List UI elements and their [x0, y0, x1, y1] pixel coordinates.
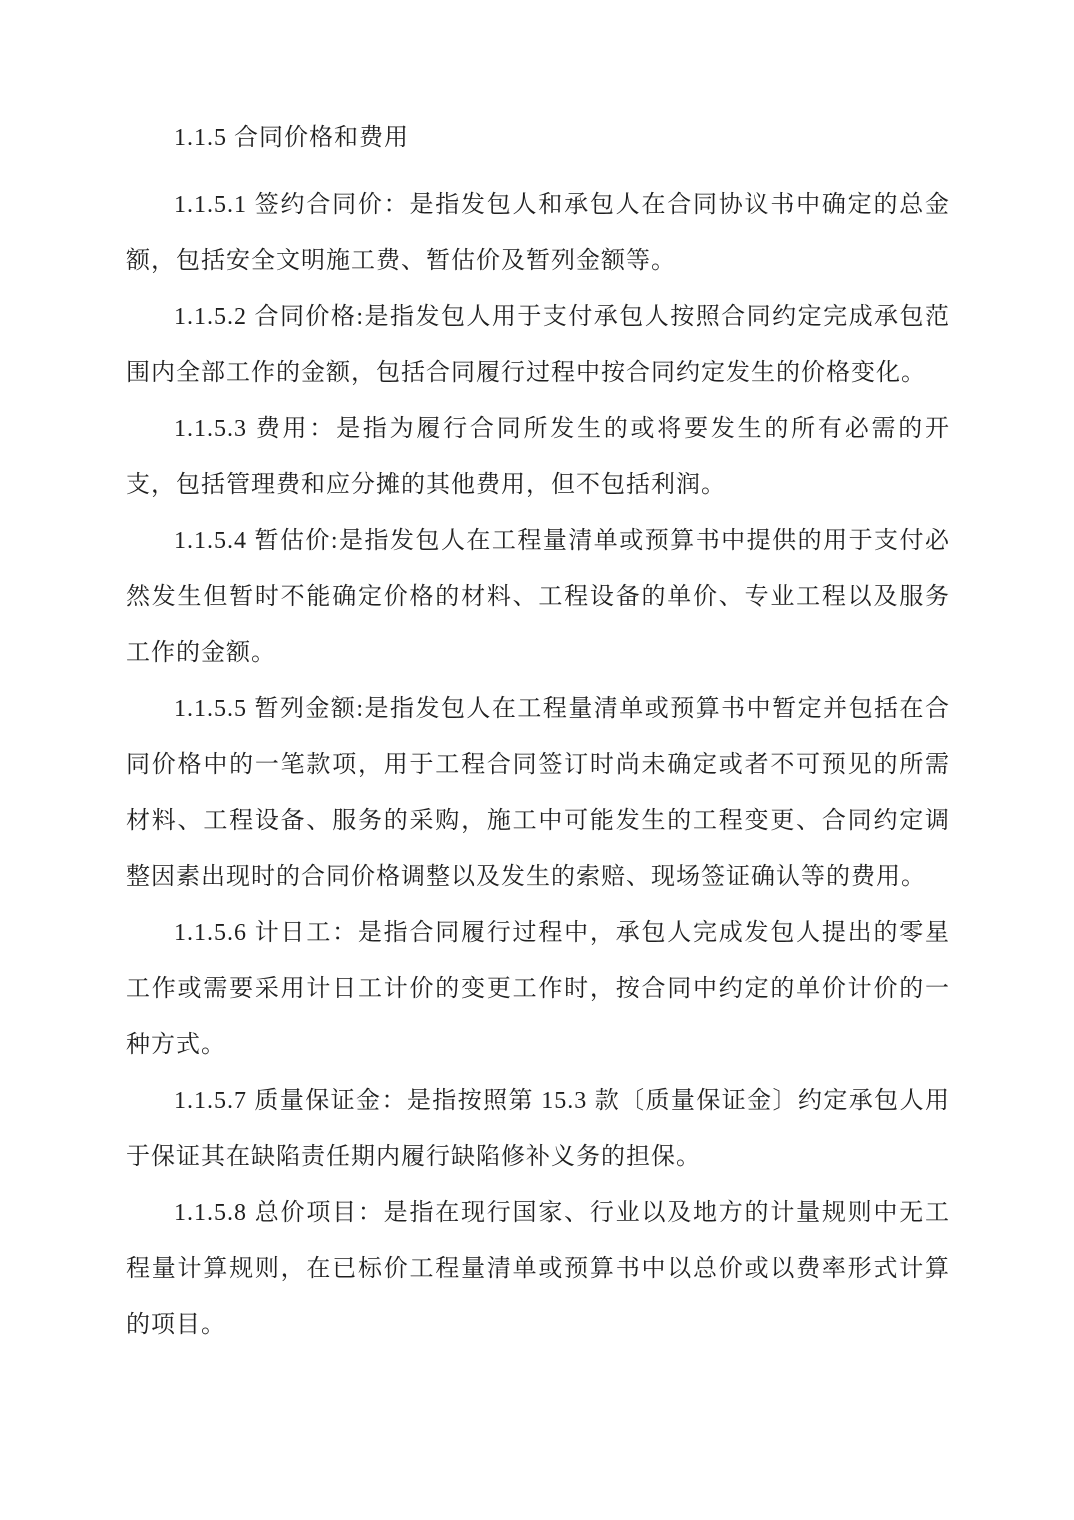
clause-1-1-5-3: 1.1.5.3 费用：是指为履行合同所发生的或将要发生的所有必需的开支，包括管理…: [126, 401, 950, 513]
clause-1-1-5-7: 1.1.5.7 质量保证金：是指按照第 15.3 款〔质量保证金〕约定承包人用于…: [126, 1073, 950, 1185]
document-page: 1.1.5 合同价格和费用 1.1.5.1 签约合同价：是指发包人和承包人在合同…: [0, 0, 1074, 1520]
clause-1-1-5-2: 1.1.5.2 合同价格:是指发包人用于支付承包人按照合同约定完成承包范围内全部…: [126, 289, 950, 401]
clause-1-1-5-1: 1.1.5.1 签约合同价：是指发包人和承包人在合同协议书中确定的总金额，包括安…: [126, 177, 950, 289]
clause-1-1-5-8: 1.1.5.8 总价项目：是指在现行国家、行业以及地方的计量规则中无工程量计算规…: [126, 1185, 950, 1353]
clause-1-1-5-6: 1.1.5.6 计日工：是指合同履行过程中，承包人完成发包人提出的零星工作或需要…: [126, 905, 950, 1073]
clause-1-1-5-4: 1.1.5.4 暂估价:是指发包人在工程量清单或预算书中提供的用于支付必然发生但…: [126, 513, 950, 681]
clause-1-1-5-5: 1.1.5.5 暂列金额:是指发包人在工程量清单或预算书中暂定并包括在合同价格中…: [126, 681, 950, 905]
section-heading: 1.1.5 合同价格和费用: [126, 110, 950, 166]
